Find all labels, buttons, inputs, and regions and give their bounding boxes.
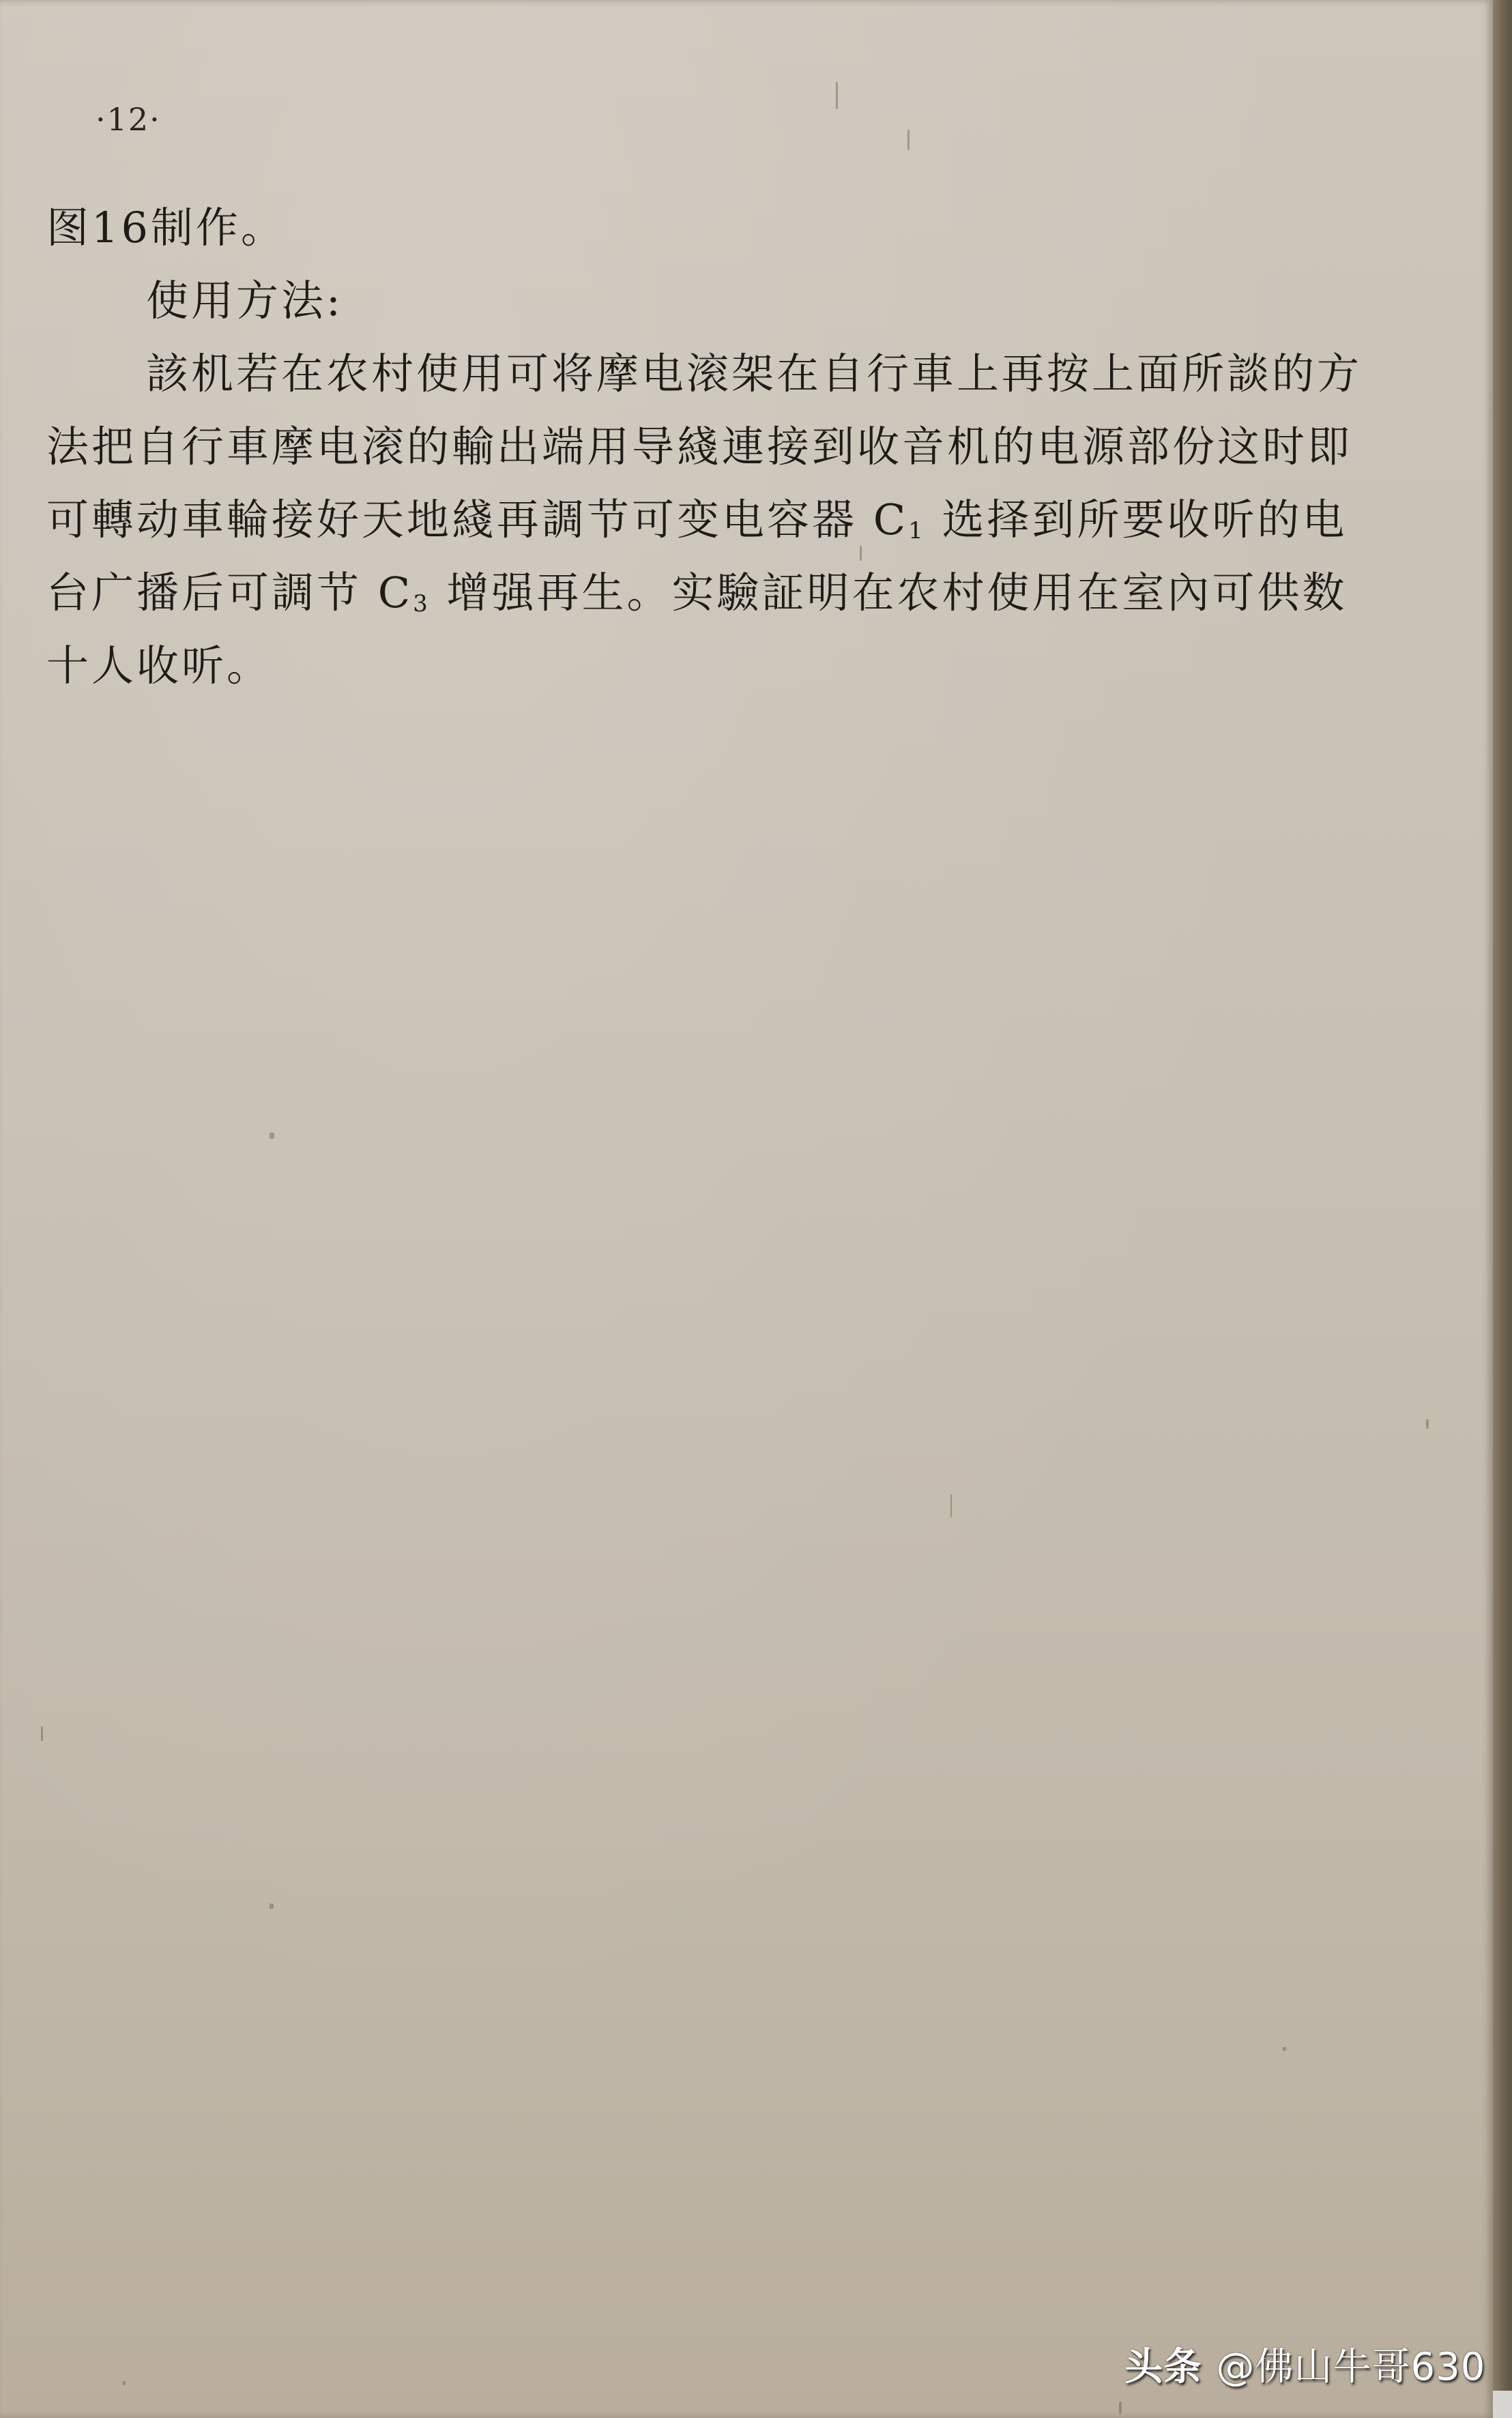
watermark: 头条 @佛山牛哥630 — [1124, 2337, 1485, 2391]
text-segment: 台广播后可調节 C — [46, 568, 413, 617]
watermark-platform: 头条 — [1124, 2345, 1202, 2389]
paragraph-line: 法把自行車摩电滚的輸出端用导綫連接到收音机的电源部份这时即 — [46, 410, 1487, 483]
paragraph-line: 該机若在农村使用可将摩电滚架在自行車上再按上面所談的方 — [46, 337, 1487, 410]
paper-fiber — [41, 1726, 43, 1741]
paper-fiber — [907, 130, 910, 150]
paragraph-line: 可轉动車輪接好天地綫再調节可变电容器 C1 选择到所要收听的电 — [46, 483, 1487, 556]
paragraph-line: 台广播后可調节 C3 增强再生。实驗証明在农村使用在室內可供数 — [46, 556, 1487, 629]
text-segment: 可轉动車輪接好天地綫再調节可变电容器 C — [46, 495, 908, 544]
paper-speck — [270, 1904, 274, 1909]
paper-fiber — [950, 1494, 952, 1517]
body-text: 图16制作。 使用方法: 該机若在农村使用可将摩电滚架在自行車上再按上面所談的方… — [46, 191, 1487, 702]
paragraph-line: 十人收听。 — [46, 629, 1487, 702]
paper-fiber — [1119, 2402, 1122, 2414]
paper-speck — [1283, 2047, 1286, 2051]
text-segment: 增强再生。实驗証明在农村使用在室內可供数 — [431, 568, 1348, 617]
paper-speck — [1426, 1419, 1429, 1429]
section-heading-usage: 使用方法: — [46, 264, 1487, 337]
paper-fiber — [836, 82, 838, 109]
subscript: 3 — [413, 590, 431, 617]
watermark-handle: @佛山牛哥630 — [1217, 2345, 1486, 2389]
book-page: ·12· 图16制作。 使用方法: 該机若在农村使用可将摩电滚架在自行車上再按上… — [0, 0, 1493, 2418]
background-corner — [1493, 2391, 1512, 2418]
page-number: ·12· — [96, 101, 161, 138]
paper-speck — [270, 1133, 274, 1139]
text-line-caption-ref: 图16制作。 — [46, 191, 1487, 264]
subscript: 1 — [908, 517, 926, 544]
page-edge-shadow — [1493, 0, 1512, 2418]
text-segment: 选择到所要收听的电 — [926, 495, 1348, 544]
paper-speck — [123, 2381, 126, 2385]
